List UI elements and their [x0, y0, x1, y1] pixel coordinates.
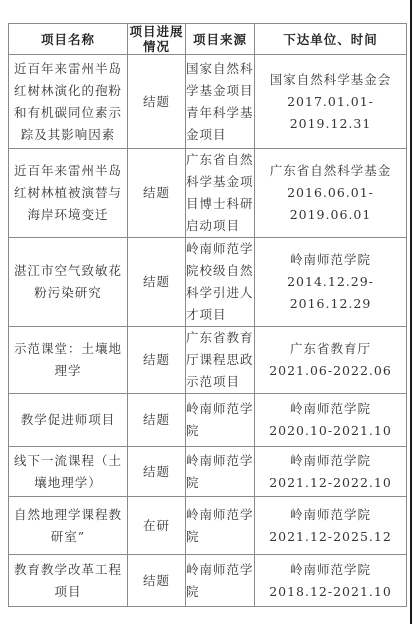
status-cell: 结题 — [128, 149, 186, 238]
issuer-name: 岭南师范学院 — [255, 398, 406, 420]
table-header-row: 项目名称 项目进展 情况 项目来源 下达单位、时间 — [9, 24, 407, 55]
issuer-period: 2021.06-2022.06 — [255, 360, 406, 382]
status-cell: 结题 — [128, 238, 186, 327]
issuer-name: 广东省教育厅 — [255, 338, 406, 360]
issuer-name: 岭南师范学院 — [255, 559, 406, 581]
issuer-cell: 岭南师范学院 2020.10-2021.10 — [255, 394, 407, 447]
issuer-period: 2016.06.01-2019.06.01 — [255, 182, 406, 226]
project-name-cell: 教学促进师项目 — [9, 394, 128, 447]
project-name-cell: 线下一流课程（土壤地理学） — [9, 447, 128, 497]
issuer-period: 2021.12-2025.12 — [255, 526, 406, 548]
table-row: 示范课堂：土壤地理学 结题 广东省教育厅课程思政示范项目 广东省教育厅 2021… — [9, 327, 407, 394]
table-row: 线下一流课程（土壤地理学） 结题 岭南师范学院 岭南师范学院 2021.12-2… — [9, 447, 407, 497]
issuer-name: 岭南师范学院 — [255, 450, 406, 472]
project-name-cell: 湛江市空气致敏花粉污染研究 — [9, 238, 128, 327]
issuer-name: 国家自然科学基金会 — [255, 69, 406, 91]
issuer-name: 岭南师范学院 — [255, 249, 406, 271]
table-row: 湛江市空气致敏花粉污染研究 结题 岭南师范学院校级自然科学引进人才项目 岭南师范… — [9, 238, 407, 327]
issuer-period: 2021.12-2022.10 — [255, 472, 406, 494]
source-cell: 岭南师范学院 — [186, 555, 255, 607]
issuer-cell: 国家自然科学基金会 2017.01.01-2019.12.31 — [255, 55, 407, 149]
source-cell: 广东省自然科学基金项目博士科研启动项目 — [186, 149, 255, 238]
issuer-period: 2020.10-2021.10 — [255, 420, 406, 442]
table-row: 教学促进师项目 结题 岭南师范学院 岭南师范学院 2020.10-2021.10 — [9, 394, 407, 447]
issuer-name: 广东省自然科学基金 — [255, 160, 406, 182]
project-name-cell: 近百年来雷州半岛红树林植被演替与海岸环境变迁 — [9, 149, 128, 238]
page-edge-divider — [410, 0, 412, 624]
source-cell: 岭南师范学院 — [186, 394, 255, 447]
issuer-cell: 岭南师范学院 2014.12.29-2016.12.29 — [255, 238, 407, 327]
header-progress: 项目进展 情况 — [128, 24, 186, 55]
status-cell: 结题 — [128, 447, 186, 497]
issuer-period: 2018.12-2021.10 — [255, 581, 406, 603]
table-row: 近百年来雷州半岛红树林植被演替与海岸环境变迁 结题 广东省自然科学基金项目博士科… — [9, 149, 407, 238]
table-row: 自然地理学课程教研室” 在研 岭南师范学院 岭南师范学院 2021.12-202… — [9, 497, 407, 555]
source-cell: 国家自然科学基金项目青年科学基金项目 — [186, 55, 255, 149]
status-cell: 结题 — [128, 327, 186, 394]
source-cell: 岭南师范学院校级自然科学引进人才项目 — [186, 238, 255, 327]
source-cell: 岭南师范学院 — [186, 447, 255, 497]
status-cell: 结题 — [128, 394, 186, 447]
issuer-cell: 广东省教育厅 2021.06-2022.06 — [255, 327, 407, 394]
projects-table: 项目名称 项目进展 情况 项目来源 下达单位、时间 近百年来雷州半岛红树林演化的… — [8, 23, 407, 607]
issuer-cell: 岭南师范学院 2021.12-2022.10 — [255, 447, 407, 497]
header-progress-line1: 项目进展 — [128, 24, 185, 39]
project-name-cell: 教育教学改革工程项目 — [9, 555, 128, 607]
issuer-cell: 岭南师范学院 2021.12-2025.12 — [255, 497, 407, 555]
status-cell: 结题 — [128, 55, 186, 149]
source-cell: 广东省教育厅课程思政示范项目 — [186, 327, 255, 394]
issuer-period: 2014.12.29-2016.12.29 — [255, 271, 406, 315]
source-cell: 岭南师范学院 — [186, 497, 255, 555]
project-name-cell: 近百年来雷州半岛红树林演化的孢粉和有机碳同位素示踪及其影响因素 — [9, 55, 128, 149]
issuer-name: 岭南师范学院 — [255, 504, 406, 526]
status-cell: 在研 — [128, 497, 186, 555]
issuer-period: 2017.01.01-2019.12.31 — [255, 91, 406, 135]
header-project-name: 项目名称 — [9, 24, 128, 55]
header-source: 项目来源 — [186, 24, 255, 55]
project-name-cell: 示范课堂：土壤地理学 — [9, 327, 128, 394]
issuer-cell: 岭南师范学院 2018.12-2021.10 — [255, 555, 407, 607]
issuer-cell: 广东省自然科学基金 2016.06.01-2019.06.01 — [255, 149, 407, 238]
header-issuer-time: 下达单位、时间 — [255, 24, 407, 55]
table-row: 近百年来雷州半岛红树林演化的孢粉和有机碳同位素示踪及其影响因素 结题 国家自然科… — [9, 55, 407, 149]
table-row: 教育教学改革工程项目 结题 岭南师范学院 岭南师范学院 2018.12-2021… — [9, 555, 407, 607]
status-cell: 结题 — [128, 555, 186, 607]
header-progress-line2: 情况 — [128, 39, 185, 54]
project-name-cell: 自然地理学课程教研室” — [9, 497, 128, 555]
